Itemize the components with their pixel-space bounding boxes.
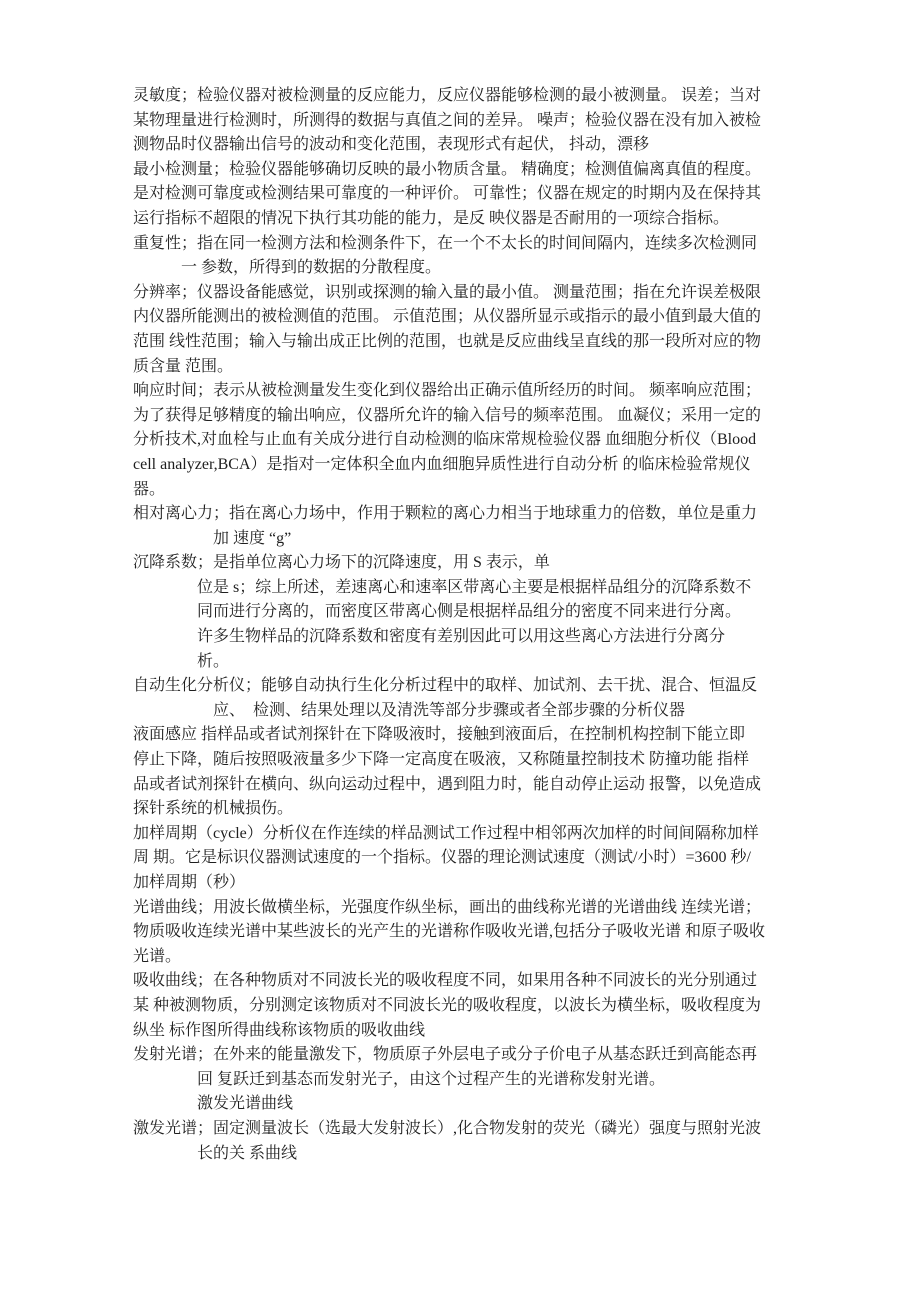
text-line: 许多生物样品的沉降系数和密度有差别因此可以用这些离心方法进行分离分 xyxy=(133,625,808,650)
text-line: 析。 xyxy=(133,650,808,675)
text-line: 长的关 系曲线 xyxy=(133,1142,808,1167)
text-line: 测物品时仪器输出信号的波动和变化范围，表现形式有起伏， 抖动，漂移 xyxy=(133,133,808,158)
text-line: 物质吸收连续光谱中某些波长的光产生的光谱称作吸收光谱,包括分子吸收光谱 和原子吸… xyxy=(133,920,808,945)
text-line: 激发光谱；固定测量波长（选最大发射波长）,化合物发射的荧光（磷光）强度与照射光波 xyxy=(133,1117,808,1142)
text-line: cell analyzer,BCA）是指对一定体积全血内血细胞异质性进行自动分析… xyxy=(133,453,808,478)
text-line: 某 种被测物质，分别测定该物质对不同波长光的吸收程度，以波长为横坐标，吸收程度为 xyxy=(133,994,808,1019)
text-line: 发射光谱；在外来的能量激发下，物质原子外层电子或分子价电子从基态跃迁到高能态再 xyxy=(133,1043,808,1068)
text-line: 光谱曲线；用波长做横坐标，光强度作纵坐标，画出的曲线称光谱的光谱曲线 连续光谱； xyxy=(133,896,808,921)
text-line: 自动生化分析仪；能够自动执行生化分析过程中的取样、加试剂、去干扰、混合、恒温反 xyxy=(133,674,808,699)
text-line: 加样周期（秒） xyxy=(133,871,808,896)
text-line: 同而进行分离的，而密度区带离心侧是根据样品组分的密度不同来进行分离。 xyxy=(133,600,808,625)
text-line: 内仪器所能测出的被检测值的范围。 示值范围；从仪器所显示或指示的最小值到最大值的 xyxy=(133,305,808,330)
text-line: 分辨率；仪器设备能感觉，识别或探测的输入量的最小值。 测量范围；指在允许误差极限 xyxy=(133,281,808,306)
text-line: 沉降系数；是指单位离心力场下的沉降速度，用 S 表示，单 xyxy=(133,551,808,576)
text-line: 为了获得足够精度的输出响应，仪器所允许的输入信号的频率范围。 血凝仪；采用一定的 xyxy=(133,404,808,429)
text-line: 液面感应 指样品或者试剂探针在下降吸液时，接触到液面后，在控制机构控制下能立即 xyxy=(133,723,808,748)
text-line: 范围 线性范围；输入与输出成正比例的范围，也就是反应曲线呈直线的那一段所对应的物 xyxy=(133,330,808,355)
text-line: 最小检测量；检验仪器能够确切反映的最小物质含量。 精确度；检测值偏离真值的程度。 xyxy=(133,158,808,183)
text-line: 运行指标不超限的情况下执行其功能的能力，是反 映仪器是否耐用的一项综合指标。 xyxy=(133,207,808,232)
text-line: 是对检测可靠度或检测结果可靠度的一种评价。 可靠性；仪器在规定的时期内及在保持其 xyxy=(133,182,808,207)
text-line: 加 速度 “g” xyxy=(133,527,808,552)
text-line: 周 期。它是标识仪器测试速度的一个指标。仪器的理论测试速度（测试/小时）=360… xyxy=(133,846,808,871)
text-line: 吸收曲线；在各种物质对不同波长光的吸收程度不同，如果用各种不同波长的光分别通过 xyxy=(133,969,808,994)
text-line: 一 参数，所得到的数据的分散程度。 xyxy=(133,256,808,281)
text-line: 纵坐 标作图所得曲线称该物质的吸收曲线 xyxy=(133,1019,808,1044)
text-line: 激发光谱曲线 xyxy=(133,1092,808,1117)
text-line: 加样周期（cycle）分析仪在作连续的样品测试工作过程中相邻两次加样的时间间隔称… xyxy=(133,822,808,847)
text-line: 分析技术,对血栓与止血有关成分进行自动检测的临床常规检验仪器 血细胞分析仪（Bl… xyxy=(133,428,808,453)
text-line: 器。 xyxy=(133,478,808,503)
document-text-block: 灵敏度；检验仪器对被检测量的反应能力，反应仪器能够检测的最小被测量。 误差；当对… xyxy=(133,84,808,1166)
text-line: 质含量 范围。 xyxy=(133,355,808,380)
text-line: 探针系统的机械损伤。 xyxy=(133,797,808,822)
text-line: 响应时间；表示从被检测量发生变化到仪器给出正确示值所经历的时间。 频率响应范围； xyxy=(133,379,808,404)
text-line: 位是 s；综上所述，差速离心和速率区带离心主要是根据样品组分的沉降系数不 xyxy=(133,576,808,601)
text-line: 重复性；指在同一检测方法和检测条件下，在一个不太长的时间间隔内，连续多次检测同 xyxy=(133,232,808,257)
document-page: 灵敏度；检验仪器对被检测量的反应能力，反应仪器能够检测的最小被测量。 误差；当对… xyxy=(0,0,920,1302)
text-line: 回 复跃迁到基态而发射光子，由这个过程产生的光谱称发射光谱。 xyxy=(133,1068,808,1093)
text-line: 某物理量进行检测时，所测得的数据与真值之间的差异。 噪声；检验仪器在没有加入被检 xyxy=(133,109,808,134)
text-line: 相对离心力；指在离心力场中，作用于颗粒的离心力相当于地球重力的倍数，单位是重力 xyxy=(133,502,808,527)
text-line: 品或者试剂探针在横向、纵向运动过程中，遇到阻力时，能自动停止运动 报警，以免造成 xyxy=(133,773,808,798)
text-line: 停止下降，随后按照吸液量多少下降一定高度在吸液，又称随量控制技术 防撞功能 指样 xyxy=(133,748,808,773)
text-line: 灵敏度；检验仪器对被检测量的反应能力，反应仪器能够检测的最小被测量。 误差；当对 xyxy=(133,84,808,109)
text-line: 光谱。 xyxy=(133,945,808,970)
text-line: 应、 检测、结果处理以及清洗等部分步骤或者全部步骤的分析仪器 xyxy=(133,699,808,724)
